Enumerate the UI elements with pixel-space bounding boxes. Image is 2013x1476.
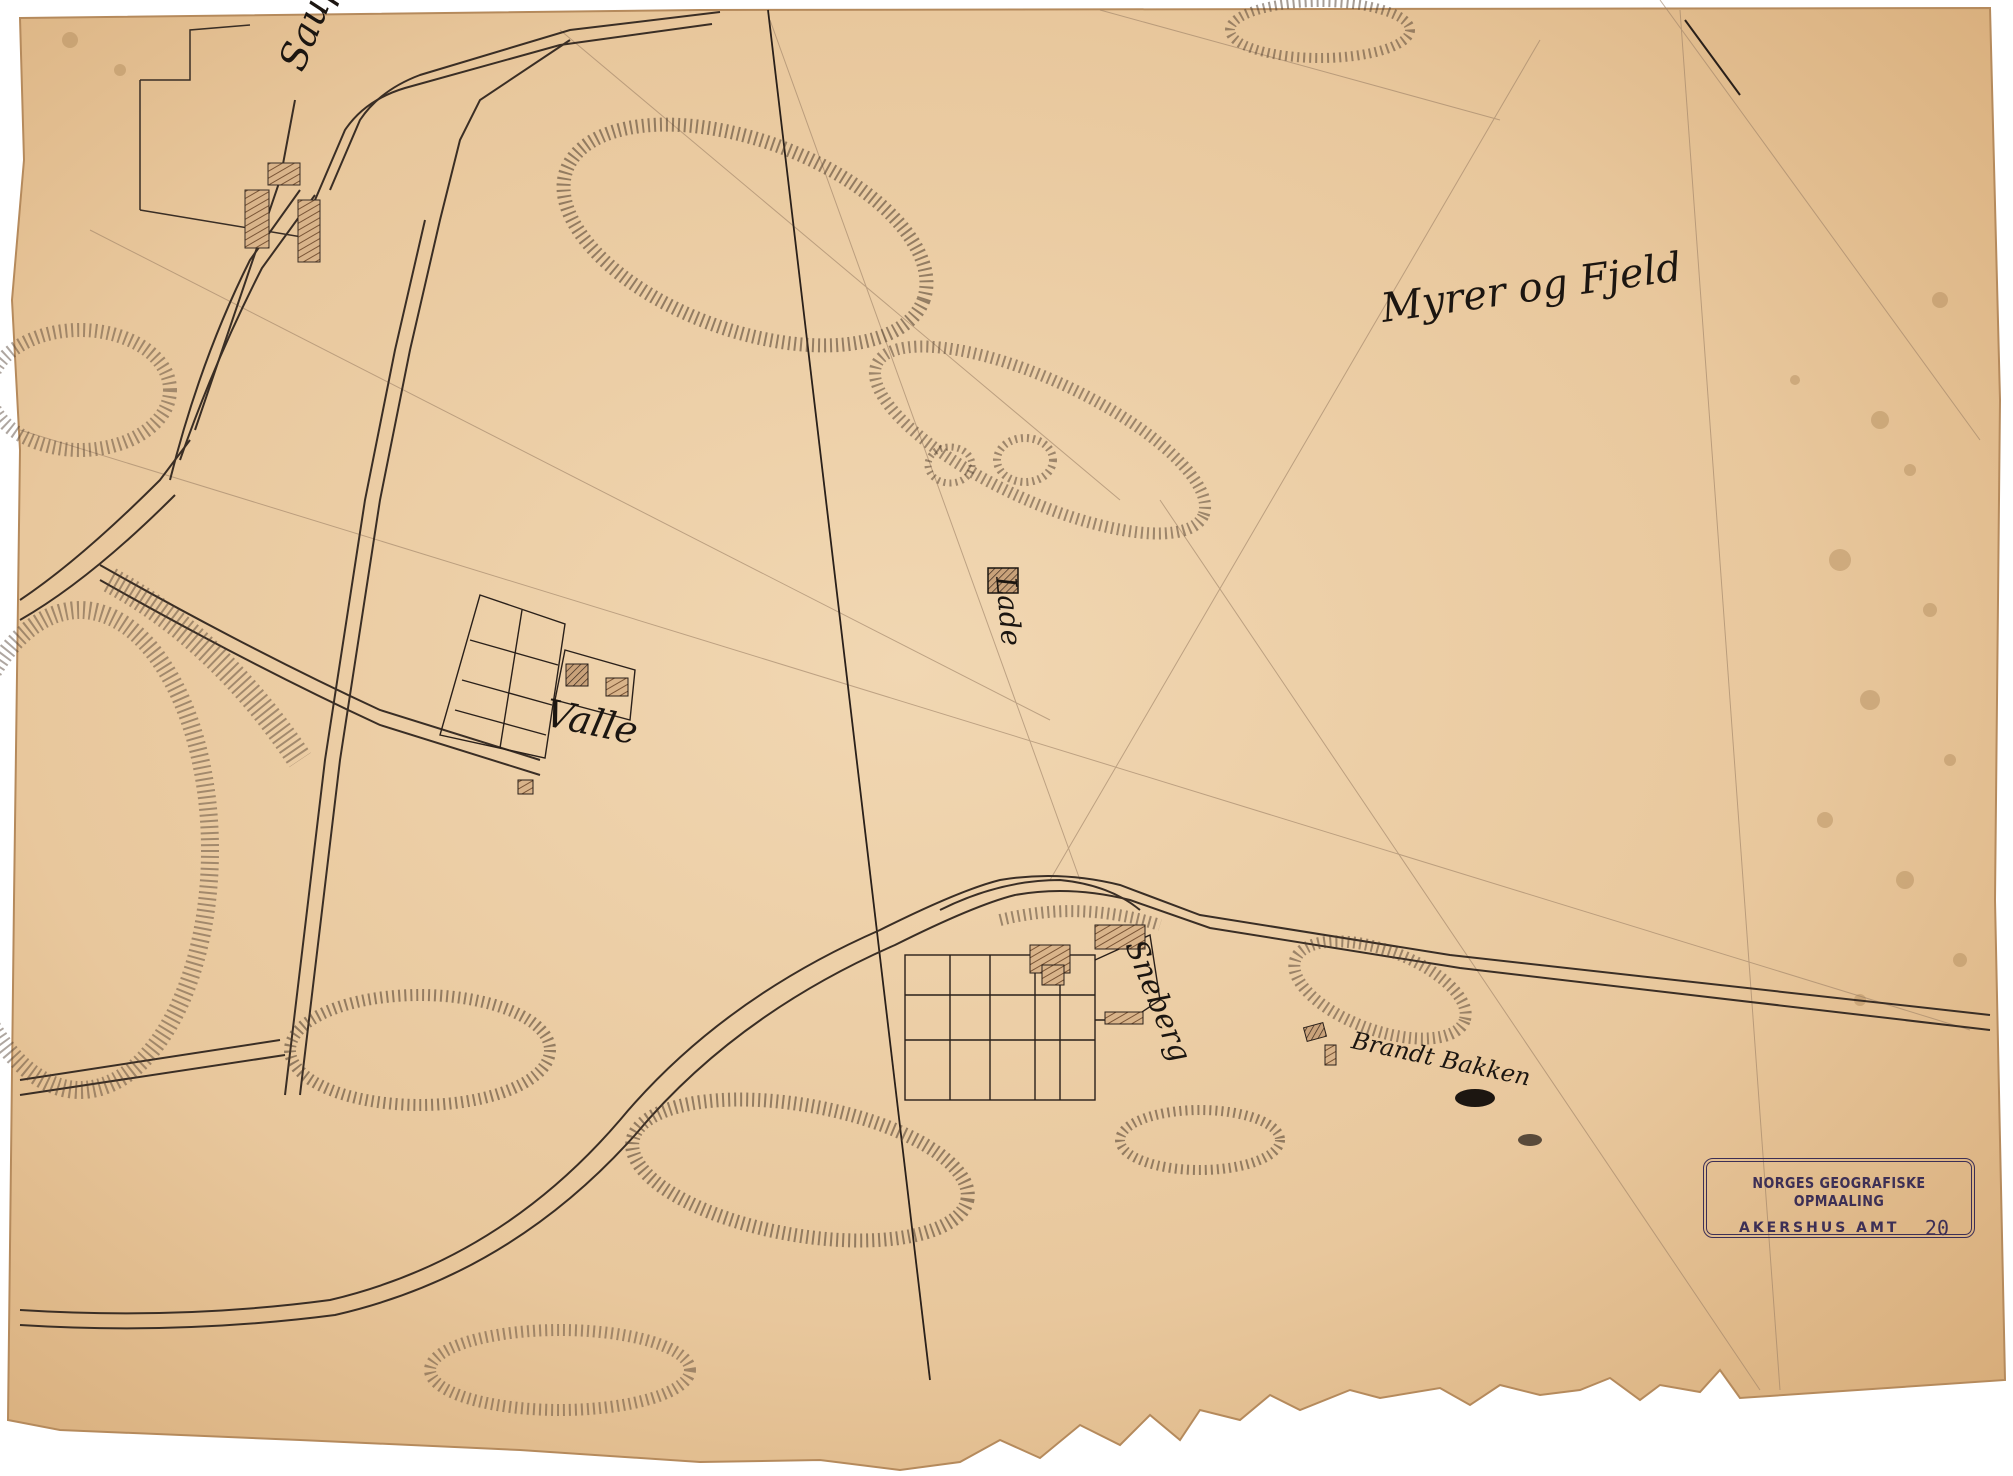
stamp-county: AKERSHUS AMT [1739, 1220, 1899, 1240]
stamp-title: NORGES GEOGRAFISKE OPMAALING [1727, 1174, 1951, 1210]
label-lade: Lade [989, 575, 1028, 647]
map-sheet [0, 0, 2013, 1476]
archive-stamp: NORGES GEOGRAFISKE OPMAALING AKERSHUS AM… [1703, 1158, 1975, 1238]
stamp-number: 20 [1925, 1216, 1949, 1240]
